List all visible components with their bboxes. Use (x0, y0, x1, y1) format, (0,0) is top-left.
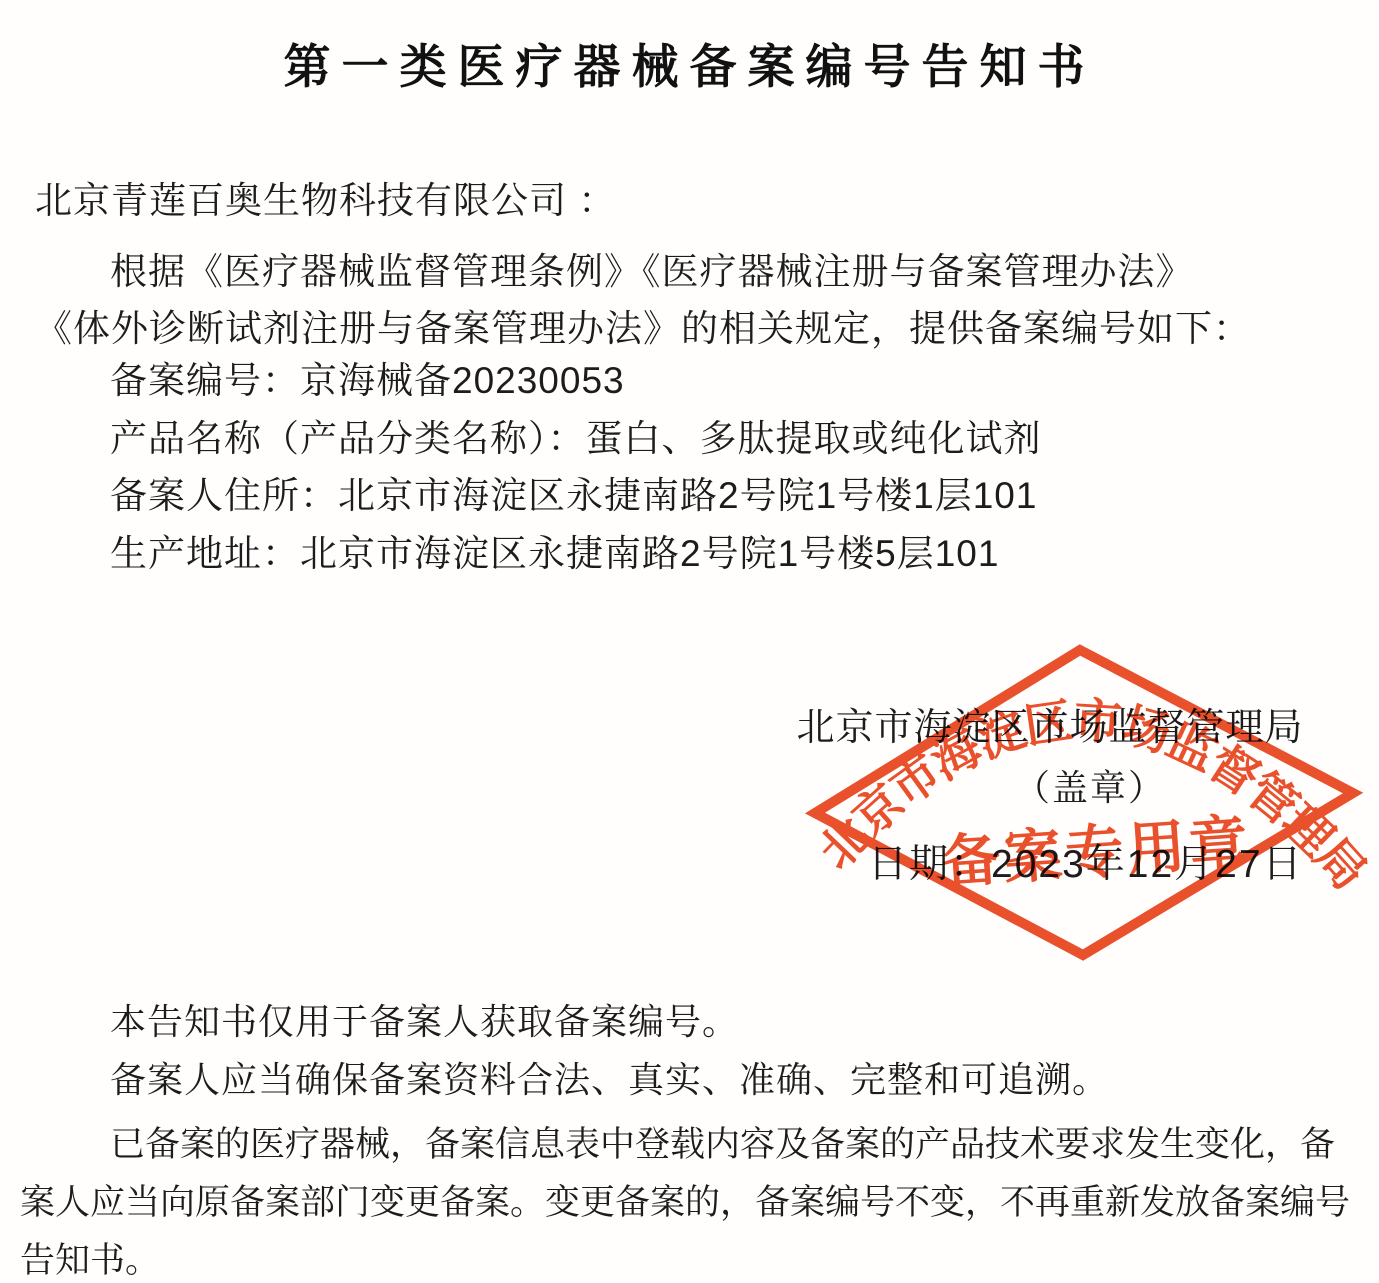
note-usage: 本告知书仅用于备案人获取备案编号。 (110, 994, 739, 1045)
document-title: 第一类医疗器械备案编号告知书 (0, 30, 1379, 97)
note-accuracy: 备案人应当确保备案资料合法、真实、准确、完整和可追溯。 (110, 1052, 1109, 1103)
notification-document: 第一类医疗器械备案编号告知书 北京青莲百奥生物科技有限公司 ： 根据《医疗器械监… (0, 0, 1379, 1283)
intro-paragraph: 根据《医疗器械监督管理条例》《医疗器械注册与备案管理办法》 《体外诊断试剂注册与… (35, 243, 1355, 357)
filing-details: 备案编号：京海械备20230053 产品名称（产品分类名称）：蛋白、多肽提取或纯… (110, 352, 1350, 582)
filing-number-line: 备案编号：京海械备20230053 (110, 352, 1350, 410)
official-seal-stamp: 北京市海淀区市场监督管理局 备案专用章 (770, 600, 1379, 990)
intro-line-2: 《体外诊断试剂注册与备案管理办法》的相关规定，提供备案编号如下： (35, 300, 1355, 357)
production-address-line: 生产地址：北京市海淀区永捷南路2号院1号楼5层101 (110, 525, 1350, 583)
registrant-address-line: 备案人住所：北京市海淀区永捷南路2号院1号楼1层101 (110, 467, 1350, 525)
recipient-company: 北京青莲百奥生物科技有限公司 ： (35, 170, 616, 224)
note-change-procedure: 已备案的医疗器械，备案信息表中登载内容及备案的产品技术要求发生变化，备案人应当向… (20, 1116, 1365, 1283)
product-name-line: 产品名称（产品分类名称）：蛋白、多肽提取或纯化试剂 (110, 410, 1350, 468)
intro-line-1: 根据《医疗器械监督管理条例》《医疗器械注册与备案管理办法》 (35, 243, 1355, 300)
